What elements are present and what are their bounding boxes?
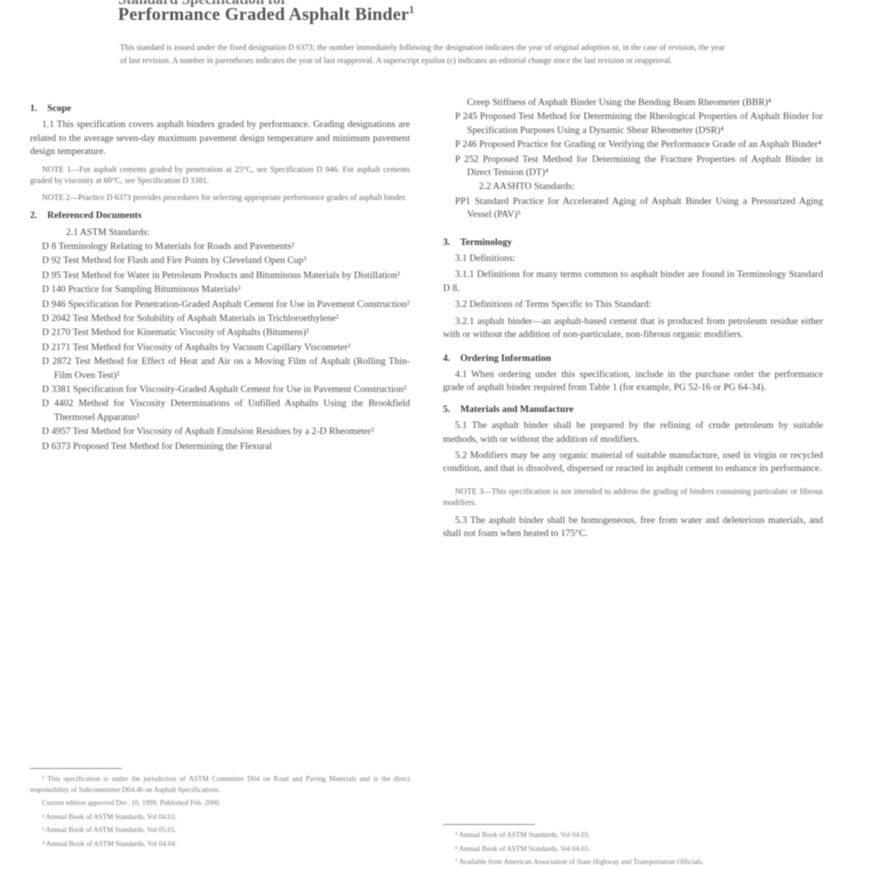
reference-item: D 2170 Test Method for Kinematic Viscosi… [30, 326, 410, 339]
note-3: NOTE 3—This specification is not intende… [443, 486, 823, 509]
reference-item: 2.2 AASHTO Standards: [443, 180, 823, 193]
paragraph-5-3: 5.3 The asphalt binder shall be homogene… [443, 514, 823, 541]
footnote: ⁶ Annual Book of ASTM Standards, Vol 04.… [443, 844, 823, 855]
footnotes-right: ⁵ Annual Book of ASTM Standards, Vol 04.… [443, 830, 823, 870]
footnote: ⁵ Annual Book of ASTM Standards, Vol 04.… [443, 830, 823, 841]
reference-continuation: Creep Stiffness of Asphalt Binder Using … [443, 96, 823, 109]
section-number: 4. [443, 353, 450, 364]
note-1: NOTE 1—For asphalt cements graded by pen… [30, 164, 410, 187]
reference-item: D 6373 Proposed Test Method for Determin… [30, 440, 410, 453]
section-heading-ordering-information: 4.Ordering Information [443, 352, 823, 365]
section-title: Materials and Manufacture [460, 404, 573, 415]
document-page: Standard Specification for Performance G… [0, 0, 870, 870]
footnote: ² Annual Book of ASTM Standards, Vol 04.… [30, 812, 410, 823]
reference-item: D 3381 Specification for Viscosity-Grade… [30, 383, 410, 396]
section-number: 5. [443, 404, 450, 415]
reference-item: D 2171 Test Method for Viscosity of Asph… [30, 341, 410, 354]
right-column: Creep Stiffness of Asphalt Binder Using … [443, 96, 823, 544]
paragraph-3-1: 3.1 Definitions: [443, 252, 823, 265]
paragraph-4-1: 4.1 When ordering under this specificati… [443, 368, 823, 395]
reference-item: D 946 Specification for Penetration-Grad… [30, 298, 410, 311]
section-heading-referenced-documents: 2.Referenced Documents [30, 209, 410, 222]
paragraph-3-2: 3.2 Definitions of Terms Specific to Thi… [443, 298, 823, 311]
paragraph-3-1-1: 3.1.1 Definitions for many terms common … [443, 268, 823, 295]
section-heading-terminology: 3.Terminology [443, 236, 823, 249]
reference-item: P 245 Proposed Test Method for Determini… [443, 110, 823, 137]
reference-item: D 92 Test Method for Flash and Fire Poin… [30, 254, 410, 267]
reference-item: D 95 Test Method for Water in Petroleum … [30, 269, 410, 282]
designation-preamble: This standard is issued under the fixed … [120, 42, 725, 67]
left-column: 1.Scope 1.1 This specification covers as… [30, 96, 410, 454]
reference-item: D 2872 Test Method for Effect of Heat an… [30, 355, 410, 382]
reference-item: PP1 Standard Practice for Accelerated Ag… [443, 195, 823, 222]
reference-item: D 140 Practice for Sampling Bituminous M… [30, 283, 410, 296]
section-heading-materials-and-manufacture: 5.Materials and Manufacture [443, 403, 823, 416]
footnotes-left: ¹ This specification is under the jurisd… [30, 774, 410, 852]
section-number: 2. [30, 210, 37, 221]
section-title: Scope [47, 103, 71, 114]
footnote: Current edition approved Dec. 10, 1999. … [30, 798, 410, 809]
paragraph-1-1: 1.1 This specification covers asphalt bi… [30, 118, 410, 158]
footnote: ⁴ Annual Book of ASTM Standards, Vol 04.… [30, 839, 410, 850]
section-number: 3. [443, 237, 450, 248]
document-title: Performance Graded Asphalt Binder1 [118, 4, 414, 25]
title-footnote-mark: 1 [409, 5, 414, 16]
section-title: Referenced Documents [47, 210, 141, 221]
section-title: Ordering Information [460, 353, 551, 364]
footnote: ¹ This specification is under the jurisd… [30, 774, 410, 795]
reference-item: D 4402 Method for Viscosity Determinatio… [30, 397, 410, 424]
paragraph-3-2-1: 3.2.1 asphalt binder—an asphalt-based ce… [443, 315, 823, 342]
footnote-divider-right [443, 824, 535, 825]
paragraph-5-2: 5.2 Modifiers may be any organic materia… [443, 449, 823, 476]
reference-item: P 246 Proposed Practice for Grading or V… [443, 138, 823, 151]
note-2: NOTE 2—Practice D 6373 provides procedur… [30, 192, 410, 204]
section-heading-scope: 1.Scope [30, 102, 410, 115]
reference-item: D 8 Terminology Relating to Materials fo… [30, 240, 410, 253]
reference-item: P 252 Proposed Test Method for Determini… [443, 153, 823, 180]
paragraph-5-1: 5.1 The asphalt binder shall be prepared… [443, 419, 823, 446]
reference-item: D 2042 Test Method for Solubility of Asp… [30, 312, 410, 325]
section-number: 1. [30, 103, 37, 114]
reference-item: D 4957 Test Method for Viscosity of Asph… [30, 425, 410, 438]
footnote-divider-left [30, 768, 122, 769]
footnote: ³ Annual Book of ASTM Standards, Vol 05.… [30, 825, 410, 836]
document-title-text: Performance Graded Asphalt Binder [118, 4, 409, 24]
footnote: ⁷ Available from American Association of… [443, 857, 823, 868]
reference-item: 2.1 ASTM Standards: [30, 226, 410, 239]
section-title: Terminology [460, 237, 512, 248]
